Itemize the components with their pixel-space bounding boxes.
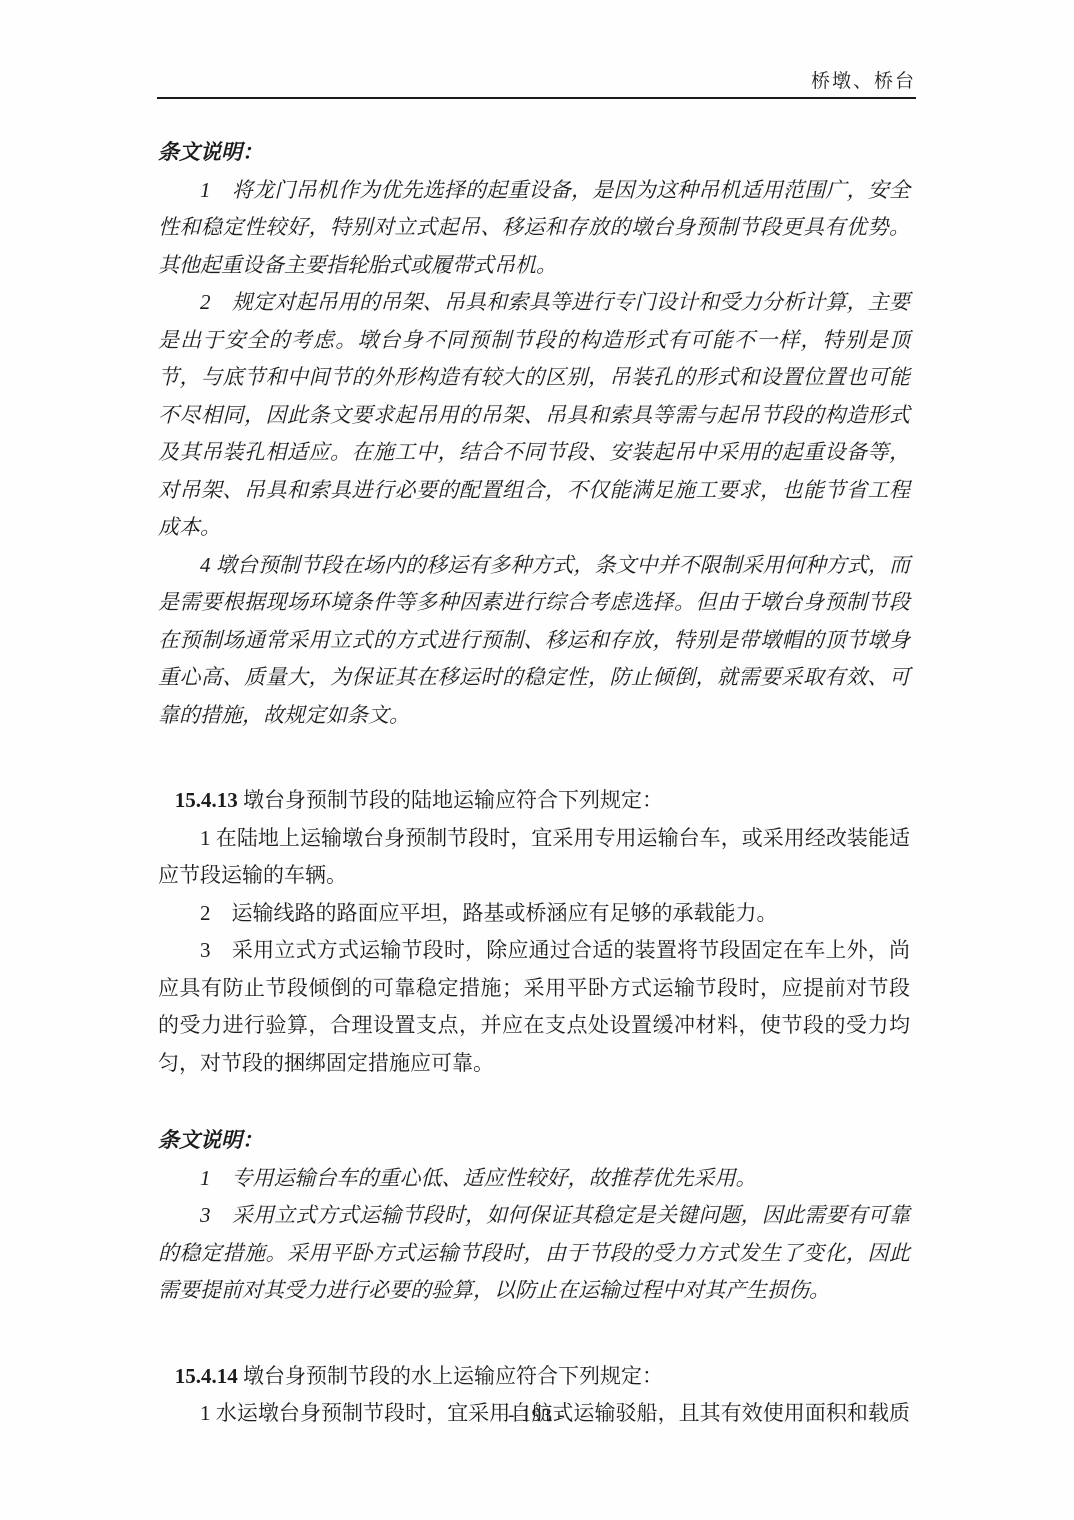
commentary-para: 4 墩台预制节段在场内的移运有多种方式，条文中并不限制采用何种方式，而是需要根据… <box>158 547 910 735</box>
commentary-para: 1 专用运输台车的重心低、适应性较好，故推荐优先采用。 <box>158 1160 910 1198</box>
clause-para: 1 在陆地上运输墩台身预制节段时，宜采用专用运输台车，或采用经改装能适应节段运输… <box>158 820 910 895</box>
running-header: 桥墩、桥台 <box>158 70 916 94</box>
clause-para: 2 运输线路的路面应平坦，路基或桥涵应有足够的承载能力。 <box>158 895 910 933</box>
page-number: - 193 - <box>508 1405 566 1426</box>
clause-para: 3 采用立式方式运输节段时，除应通过合适的装置将节段固定在车上外，尚应具有防止节… <box>158 932 910 1082</box>
header-rule <box>157 97 916 99</box>
clause-number: 15.4.14 <box>175 1364 238 1388</box>
commentary-para: 3 采用立式方式运输节段时，如何保证其稳定是关键问题，因此需要有可靠的稳定措施。… <box>158 1197 910 1310</box>
clause-heading: 15.4.14 墩台身预制节段的水上运输应符合下列规定： <box>158 1358 910 1396</box>
document-page: 桥墩、桥台 条文说明：1 将龙门吊机作为优先选择的起重设备，是因为这种吊机适用范… <box>0 0 1074 1520</box>
commentary-para: 1 将龙门吊机作为优先选择的起重设备，是因为这种吊机适用范围广，安全性和稳定性较… <box>158 172 910 285</box>
clause-title: 墩台身预制节段的陆地运输应符合下列规定： <box>243 788 663 812</box>
commentary-label: 条文说明： <box>158 134 910 172</box>
running-title: 桥墩、桥台 <box>811 71 916 92</box>
commentary-label: 条文说明： <box>158 1122 910 1160</box>
document-body: 条文说明：1 将龙门吊机作为优先选择的起重设备，是因为这种吊机适用范围广，安全性… <box>158 134 910 1433</box>
page-footer: - 193 - <box>0 1403 1074 1429</box>
clause-title: 墩台身预制节段的水上运输应符合下列规定： <box>243 1364 663 1388</box>
commentary-para: 2 规定对起吊用的吊架、吊具和索具等进行专门设计和受力分析计算，主要是出于安全的… <box>158 284 910 547</box>
clause-heading: 15.4.13 墩台身预制节段的陆地运输应符合下列规定： <box>158 782 910 820</box>
clause-number: 15.4.13 <box>175 788 238 812</box>
